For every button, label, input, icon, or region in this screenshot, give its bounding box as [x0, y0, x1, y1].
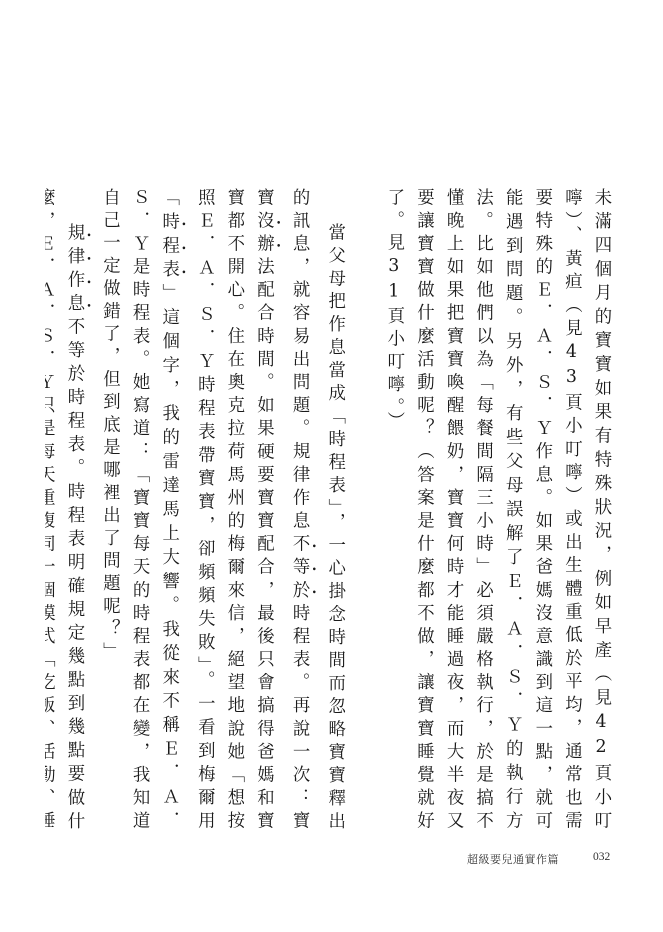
emphasized-text: 時程表: [159, 212, 179, 284]
paragraph-tip: 未滿四個月的寶寶如果有特殊狀況，例如早產（見42頁小叮嚀）、黃疸（見43頁小叮嚀…: [378, 188, 615, 834]
body-text: 」這個字，我的雷達馬上大響。我從來不稱Ｅ．Ａ．Ｓ．Ｙ是時程表。她寫道：「寶寶每天…: [100, 188, 179, 834]
paragraph-schedule: 當父母把作息當成「時程表」，一心掛念時間而忽略寶寶釋出的訊息，就容易出問題。規律…: [94, 188, 349, 834]
book-title: 超級要兒通實作篇: [467, 851, 559, 867]
body-text: 未滿四個月的寶寶如果有特殊狀況，例如早產（見42頁小叮嚀）、黃疸（見43頁小叮嚀…: [384, 188, 611, 834]
page-footer: 超級要兒通實作篇 032: [0, 851, 663, 871]
vertical-text-body: 未滿四個月的寶寶如果有特殊狀況，例如早產（見42頁小叮嚀）、黃疸（見43頁小叮嚀…: [45, 188, 615, 834]
book-page: 未滿四個月的寶寶如果有特殊狀況，例如早產（見42頁小叮嚀）、黃疸（見43頁小叮嚀…: [0, 0, 663, 932]
paragraph-spacer: [349, 188, 379, 834]
paragraph-routine: 規律作息不等於時程表。時程表明確規定幾點到幾點要做什麼，Ｅ．Ａ．Ｓ．Ｙ只是每天重…: [45, 188, 94, 834]
emphasized-text: 沒辦: [253, 211, 273, 257]
emphasized-text: 規律作息: [64, 223, 84, 317]
page-number: 032: [593, 851, 610, 863]
emphasized-text: 不等於: [289, 534, 309, 603]
